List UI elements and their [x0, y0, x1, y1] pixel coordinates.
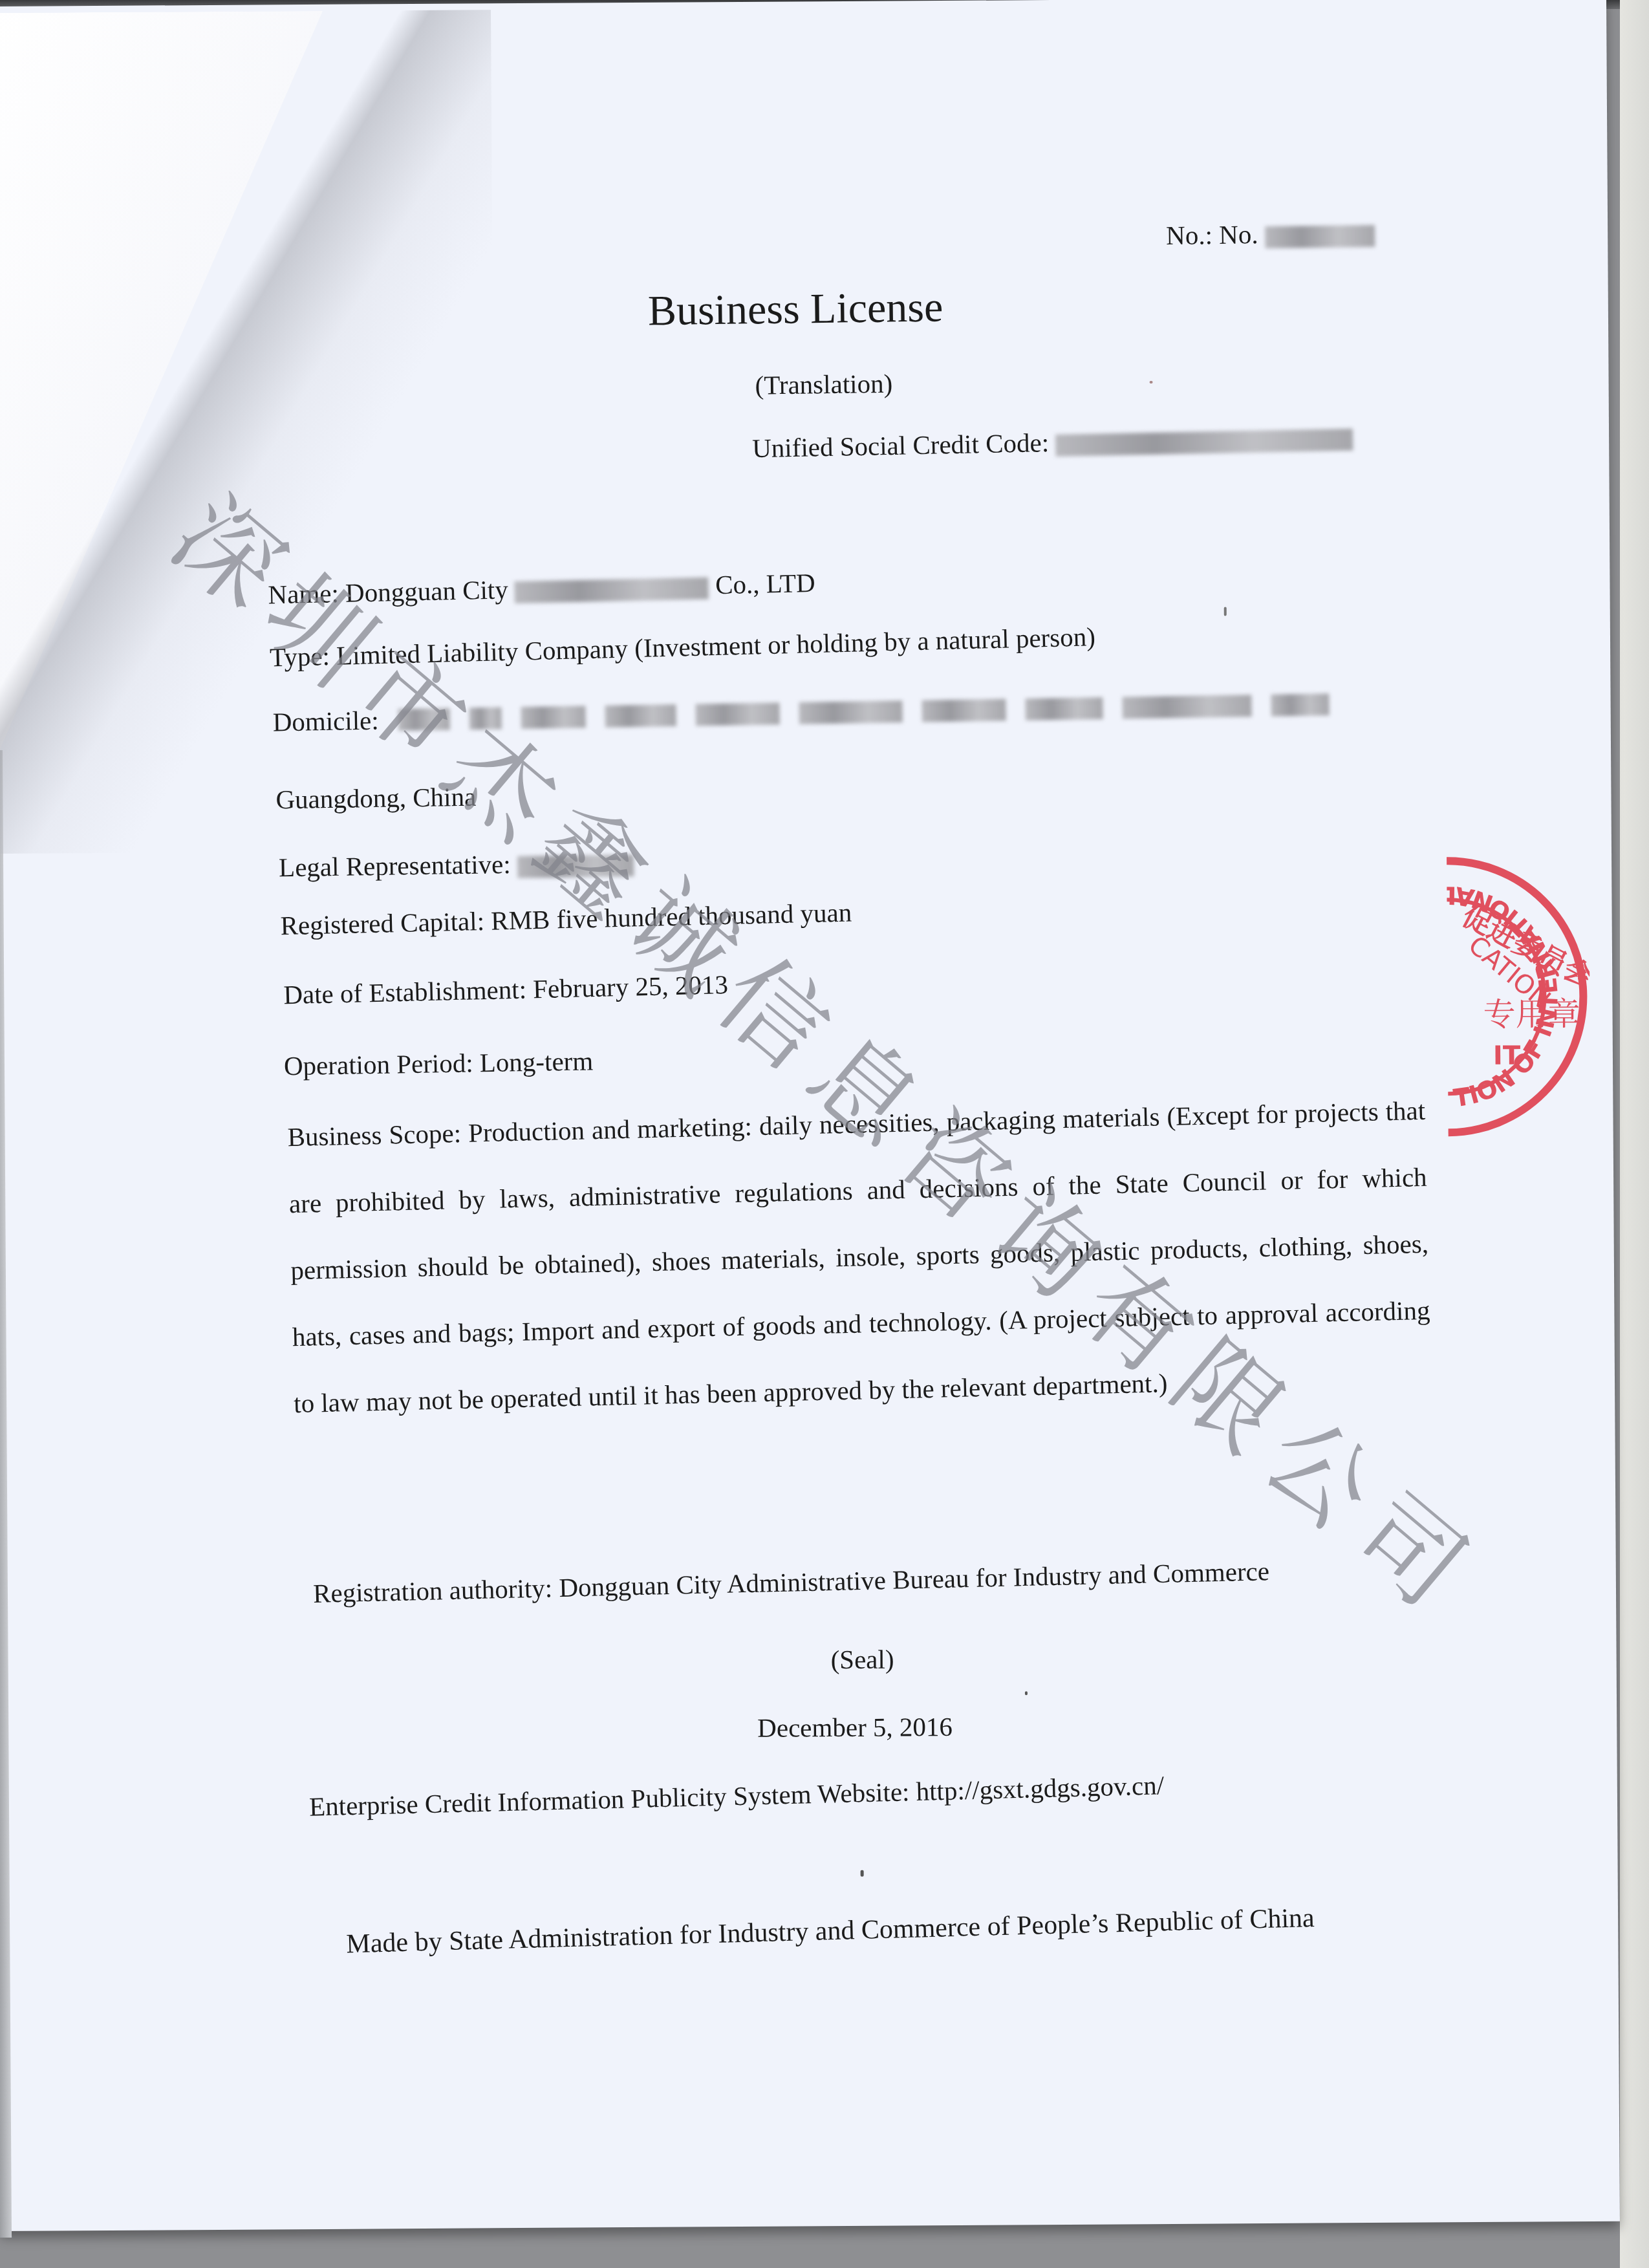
credit-code: Unified Social Credit Code:	[752, 421, 1353, 464]
name-redacted	[515, 577, 709, 603]
document-page: No.: No. Business License (Translation) …	[0, 0, 1620, 2231]
credit-code-redacted	[1055, 428, 1353, 456]
legal-rep-label: Legal Representative:	[279, 849, 511, 882]
scan-speck	[1224, 607, 1227, 616]
domicile-redacted	[1122, 695, 1252, 718]
document-number: No.: No.	[1166, 217, 1375, 251]
document-number-label: No.: No.	[1166, 219, 1258, 250]
issue-date: December 5, 2016	[757, 1711, 953, 1744]
stamp-center-text: 专用章	[1483, 995, 1580, 1033]
field-business-scope: Business Scope: Production and marketing…	[286, 1077, 1432, 1437]
type-value: Limited Liability Company (Investment or…	[336, 621, 1096, 671]
stamp-lower-text: IT	[1493, 1041, 1521, 1071]
domicile-redacted	[1271, 693, 1330, 716]
capital-value: RMB five hundred thousand yuan	[491, 898, 852, 936]
establishment-label: Date of Establishment:	[283, 974, 527, 1010]
domicile-redacted	[1025, 697, 1103, 720]
domicile-redacted	[521, 706, 586, 729]
website-line: Enterprise Credit Information Publicity …	[309, 1769, 1165, 1822]
document-number-redacted	[1265, 224, 1375, 248]
name-suffix: Co., LTD	[715, 568, 815, 599]
stamp-top-text: 促进委员会	[1457, 900, 1591, 995]
type-label: Type:	[270, 641, 330, 672]
registration-authority: Registration authority: Dongguan City Ad…	[313, 1555, 1270, 1609]
field-name: Name: Dongguan City Co., LTD	[268, 567, 815, 610]
field-legal-representative: Legal Representative:	[279, 847, 634, 883]
scan-speck	[1150, 381, 1153, 383]
domicile-redacted	[695, 702, 780, 726]
domicile-redacted	[921, 699, 1006, 722]
field-domicile: Domicile:	[272, 687, 1411, 737]
domicile-redacted	[469, 707, 502, 730]
document-subtitle: (Translation)	[755, 368, 892, 401]
scan-speck	[1025, 1691, 1028, 1695]
name-label: Name:	[268, 578, 339, 609]
domicile-line-2: Guangdong, China	[275, 781, 476, 815]
domicile-label: Domicile:	[272, 705, 379, 738]
credit-code-label: Unified Social Credit Code:	[752, 427, 1050, 463]
domicile-redacted	[799, 700, 903, 724]
authority-value: Dongguan City Administrative Bureau for …	[559, 1556, 1270, 1603]
stamp-english-arc: TION OF INTERNATIONAL TRADE	[1447, 850, 1564, 1114]
website-label: Enterprise Credit Information Publicity …	[309, 1777, 910, 1821]
period-label: Operation Period:	[284, 1048, 473, 1081]
stamp-inner-text: CATION	[1463, 930, 1557, 1015]
authority-label: Registration authority:	[313, 1573, 553, 1608]
stamp-svg: TION OF INTERNATIONAL TRADE 促进委员会 CATION…	[1447, 850, 1591, 1142]
red-official-stamp: TION OF INTERNATIONAL TRADE 促进委员会 CATION…	[1447, 850, 1591, 1142]
scan-speck	[861, 1870, 864, 1877]
name-prefix: Dongguan City	[345, 574, 509, 607]
page-left-edge	[0, 750, 12, 2238]
scope-label: Business Scope:	[287, 1118, 461, 1152]
legal-rep-redacted	[517, 854, 634, 878]
field-registered-capital: Registered Capital: RMB five hundred tho…	[280, 897, 852, 942]
field-type: Type: Limited Liability Company (Investm…	[270, 621, 1096, 673]
svg-text:TION OF INTERNATIONAL TRADE: TION OF INTERNATIONAL TRADE	[1447, 850, 1564, 1114]
website-url[interactable]: http://gsxt.gdgs.gov.cn/	[916, 1770, 1164, 1806]
field-establishment-date: Date of Establishment: February 25, 2013	[283, 969, 729, 1010]
period-value: Long-term	[479, 1046, 593, 1077]
domicile-redacted	[605, 704, 676, 728]
page-right-edge	[1620, 0, 1649, 2268]
document-title: Business License	[647, 283, 943, 336]
domicile-redacted	[398, 708, 450, 731]
seal-label: (Seal)	[830, 1644, 894, 1676]
establishment-value: February 25, 2013	[533, 969, 729, 1004]
field-operation-period: Operation Period: Long-term	[284, 1045, 594, 1081]
made-by: Made by State Administration for Industr…	[346, 1903, 1315, 1960]
capital-label: Registered Capital:	[280, 906, 484, 940]
